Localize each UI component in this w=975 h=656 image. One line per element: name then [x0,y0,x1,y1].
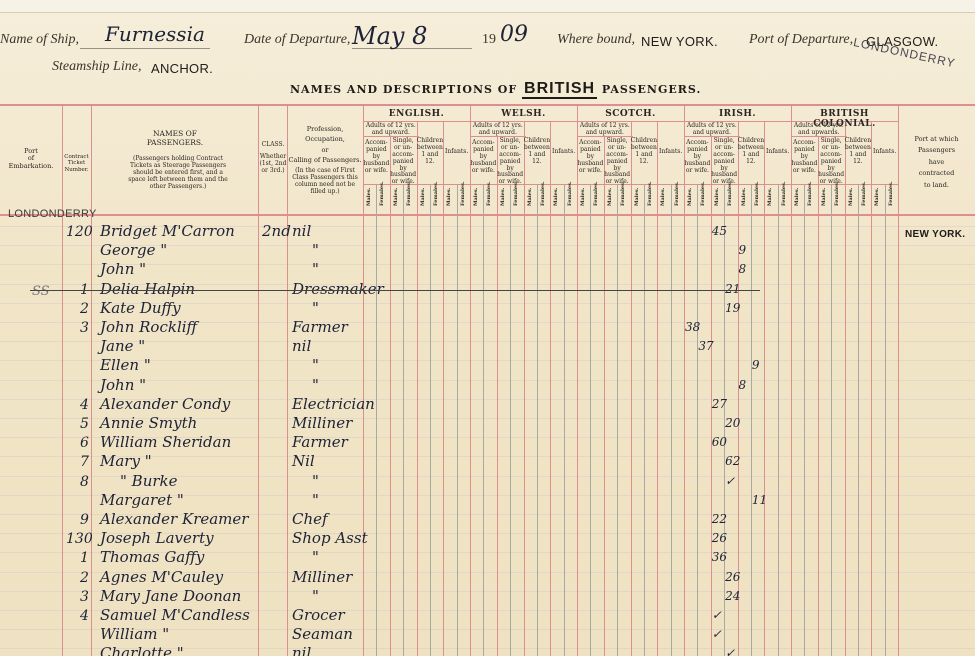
passenger-name: Mary " [100,452,152,470]
male-label: Males. [767,188,773,206]
passenger-age: 8 [739,262,747,276]
group-title: SCOTCH. [577,109,684,119]
ticket-number: 3 [80,320,89,336]
passenger-age: 45 [712,224,727,238]
table-row: 9Alexander KreamerChef22 [0,510,975,529]
header-line: Embarkation. [0,163,62,170]
profession-header: Profession, Occupation, or Calling of Pa… [287,124,363,166]
year-prefix: 19 [482,32,496,48]
single-header: Single, or un-accom-panied by husband or… [818,138,845,186]
children-header: Children between 1 and 12. [845,138,872,166]
ticket-number: 2 [80,570,89,586]
passenger-name: Margaret " [100,491,184,509]
passenger-name: Charlotte " [100,644,184,656]
passenger-age: 11 [752,493,767,507]
passenger-occupation: Electrician [292,395,375,413]
names-note: (Passengers holding Contract Tickets as … [128,156,228,190]
female-label: Females. [754,181,760,206]
passenger-name: Delia Halpin [100,280,195,298]
passenger-age: ✓ [712,608,722,622]
passenger-age: 60 [712,435,727,449]
table-row: Charlotte "nil✓ [0,644,975,656]
adults-header: Adults of 12 yrs. and upward. [470,123,526,137]
group-title: ENGLISH. [363,109,470,119]
male-label: Males. [794,188,800,206]
passenger-class: 2nd [262,222,291,240]
adults-header: Adults of 12 yrs. and upwards. [791,123,847,137]
female-label: Females. [807,181,813,206]
passenger-age: 26 [725,570,740,584]
male-label: Males. [714,188,720,206]
female-label: Females. [700,181,706,206]
ticket-number: 1 [80,550,89,566]
passenger-occupation: " [312,299,319,317]
passenger-name: Thomas Gaffy [100,548,204,566]
ticket-number-header: Contract Ticket Number. [62,154,91,173]
header-line: Profession, Occupation, [287,124,363,145]
passenger-name: Kate Duffy [100,299,181,317]
accompanied-header: Accom-panied by husband or wife. [470,140,497,174]
ticket-number: 130 [66,531,93,547]
header-line: Port at which [898,134,975,145]
male-label: Males. [660,188,666,206]
female-label: Females. [513,181,519,206]
table-row: Ellen ""9 [0,356,975,375]
female-label: Females. [861,181,867,206]
passenger-occupation: " [312,260,319,278]
male-label: Males. [821,188,827,206]
where-bound-value: NEW YORK. [641,34,718,49]
passenger-occupation: Shop Asst [292,529,368,547]
ticket-number: 5 [80,416,89,432]
passenger-occupation: Farmer [292,433,348,451]
header-line: PASSENGERS. [110,139,240,148]
ticket-number: 2 [80,301,89,317]
passenger-name: Annie Smyth [100,414,197,432]
departure-date: May 8 [352,22,427,50]
ticket-number: 9 [80,512,89,528]
accompanied-header: Accom-panied by husband or wife. [363,140,390,174]
table-row: Margaret ""11 [0,491,975,510]
class-note: Whether (1st, 2nd or 3rd.) [258,154,288,175]
passenger-age: 37 [698,339,713,353]
table-row: 130Joseph LavertyShop Asst26 [0,529,975,548]
children-header: Children between 1 and 12. [417,138,444,166]
male-label: Males. [446,188,452,206]
table-row: 1Delia HalpinDressmaker21 [0,280,975,299]
female-label: Females. [781,181,787,206]
passenger-age: 24 [725,589,740,603]
passenger-occupation: nil [292,222,311,240]
ticket-number: 6 [80,435,89,451]
table-row: 3Mary Jane Doonan"24 [0,587,975,606]
passenger-age: 27 [712,397,727,411]
ticket-number: 120 [66,224,93,240]
passenger-age: 21 [725,282,740,296]
passenger-occupation: " [312,491,319,509]
table-row: 120Bridget M'Carron2ndnil45 [0,222,975,241]
title-prefix: NAMES AND DESCRIPTIONS OF [290,83,517,96]
header-line: or [287,145,363,155]
female-label: Females. [727,181,733,206]
header-line: Number. [62,167,91,173]
accompanied-header: Accom-panied by husband or wife. [791,140,818,174]
male-label: Males. [634,188,640,206]
female-label: Females. [540,181,546,206]
passenger-occupation: " [312,356,319,374]
female-label: Females. [406,181,412,206]
adults-header: Adults of 12 yrs. and upward. [684,123,740,137]
table-row: William "Seaman✓ [0,625,975,644]
page-top-edge [0,0,975,13]
infants-header: Infants. [871,149,898,156]
passenger-occupation: Farmer [292,318,348,336]
adults-header: Adults of 12 yrs. and upward. [363,123,419,137]
passenger-manifest-page: Name of Ship, Furnessia Date of Departur… [0,0,975,656]
table-row: 2Kate Duffy"19 [0,299,975,318]
names-header: NAMES OF PASSENGERS. [110,130,240,147]
passenger-name: " Burke [120,472,178,490]
header-line: contracted [898,168,975,179]
table-row: John ""8 [0,376,975,395]
infants-header: Infants. [764,149,791,156]
infants-header: Infants. [657,149,684,156]
table-row: 2Agnes M'CauleyMilliner26 [0,568,975,587]
passenger-occupation: Nil [292,452,315,470]
male-label: Males. [473,188,479,206]
profession-note: (In the case of First Class Passengers t… [292,168,358,196]
female-label: Females. [620,181,626,206]
group-title: IRISH. [684,109,791,119]
female-label: Females. [379,181,385,206]
accompanied-header: Accom-panied by husband or wife. [684,140,711,174]
ship-name: Furnessia [105,22,205,46]
ticket-number: 8 [80,474,89,490]
female-label: Females. [834,181,840,206]
ticket-number: 7 [80,454,89,470]
passenger-age: 38 [685,320,700,334]
infants-header: Infants. [443,149,470,156]
passenger-age: ✓ [712,627,722,641]
ship-name-label: Name of Ship, [0,32,79,48]
passenger-name: John " [100,376,146,394]
single-header: Single, or un-accom-panied by husband or… [497,138,524,186]
ship-name-underline [80,48,210,49]
passenger-name: Joseph Laverty [100,529,214,547]
passenger-occupation: " [312,548,319,566]
passenger-age: 9 [739,243,747,257]
ticket-number: 4 [80,397,89,413]
male-label: Males. [553,188,559,206]
passenger-occupation: Dressmaker [292,280,384,298]
passenger-name: John " [100,260,146,278]
table-row: George ""9 [0,241,975,260]
passenger-name: George " [100,241,167,259]
table-row: 1Thomas Gaffy"36 [0,548,975,567]
table-row: 7Mary "Nil62 [0,452,975,471]
table-row: John ""8 [0,260,975,279]
table-row: 8" Burke"✓ [0,472,975,491]
passenger-occupation: nil [292,644,311,656]
passenger-age: 19 [725,301,740,315]
female-label: Females. [647,181,653,206]
adults-header: Adults of 12 yrs. and upward. [577,123,633,137]
passenger-occupation: " [312,241,319,259]
header-line: have [898,157,975,168]
strike-through-line [30,290,760,291]
table-row: 4Alexander CondyElectrician27 [0,395,975,414]
passenger-age: 36 [712,550,727,564]
header-top-border [0,104,975,106]
female-label: Females. [593,181,599,206]
female-label: Females. [460,181,466,206]
male-label: Males. [393,188,399,206]
passenger-age: ✓ [725,474,735,488]
port-departure-label: Port of Departure, [749,32,853,48]
steamship-line-label: Steamship Line, [52,59,141,75]
male-label: Males. [741,188,747,206]
male-label: Males. [607,188,613,206]
date-label: Date of Departure, [244,32,350,48]
header-line: to land. [898,180,975,191]
children-header: Children between 1 and 12. [738,138,765,166]
header-bottom-border [0,214,975,216]
table-row: 6William SheridanFarmer60 [0,433,975,452]
passenger-occupation: Chef [292,510,328,528]
ticket-number: 3 [80,589,89,605]
male-label: Males. [500,188,506,206]
male-label: Males. [527,188,533,206]
title-suffix: PASSENGERS. [602,83,701,96]
class-header: CLASS. [258,142,288,149]
male-label: Males. [687,188,693,206]
passenger-name: Agnes M'Cauley [100,568,223,586]
passenger-name: Alexander Kreamer [100,510,248,528]
passenger-occupation: nil [292,337,311,355]
port-embarkation-header: Port of Embarkation. [0,148,62,170]
table-row: Jane "nil37 [0,337,975,356]
passenger-age: 22 [712,512,727,526]
ticket-number: 4 [80,608,89,624]
passenger-name: John Rockliff [100,318,197,336]
passenger-name: Jane " [100,337,145,355]
year-suffix: 09 [500,22,528,47]
female-label: Females. [433,181,439,206]
female-label: Females. [486,181,492,206]
infants-header: Infants. [550,149,577,156]
single-header: Single, or un-accom-panied by husband or… [711,138,738,186]
male-label: Males. [874,188,880,206]
passenger-name: Ellen " [100,356,151,374]
passenger-name: William " [100,625,169,643]
group-title: WELSH. [470,109,577,119]
passenger-age: 9 [752,358,760,372]
page-title: NAMES AND DESCRIPTIONS OF BRITISH PASSEN… [290,80,701,98]
where-bound-label: Where bound, [557,32,635,48]
children-header: Children between 1 and 12. [524,138,551,166]
port-landing-header: Port at which Passengers have contracted… [898,134,975,191]
male-label: Males. [366,188,372,206]
single-header: Single, or un-accom-panied by husband or… [604,138,631,186]
steamship-line-value: ANCHOR. [151,61,213,76]
table-row: 4Samuel M'CandlessGrocer✓ [0,606,975,625]
header-line: Calling of Passengers. [287,155,363,165]
passenger-name: Alexander Condy [100,395,230,413]
embarkation-port: LONDONDERRY [8,208,97,220]
male-label: Males. [580,188,586,206]
passenger-age: 26 [712,531,727,545]
children-header: Children between 1 and 12. [631,138,658,166]
table-row: 5Annie SmythMilliner20 [0,414,975,433]
female-label: Females. [888,181,894,206]
passenger-occupation: Grocer [292,606,345,624]
passenger-age: 8 [739,378,747,392]
passenger-occupation: Milliner [292,414,352,432]
passenger-name: William Sheridan [100,433,231,451]
table-row: 3John RockliffFarmer38 [0,318,975,337]
header-line: Passengers [898,145,975,156]
passenger-age: ✓ [725,646,735,656]
single-header: Single, or un-accom-panied by husband or… [390,138,417,186]
passenger-age: 20 [725,416,740,430]
accompanied-header: Accom-panied by husband or wife. [577,140,604,174]
male-label: Males. [848,188,854,206]
passenger-occupation: " [312,472,319,490]
passenger-occupation: " [312,376,319,394]
passenger-occupation: Milliner [292,568,352,586]
passenger-occupation: Seaman [292,625,353,643]
title-nationality: BRITISH [522,80,597,99]
female-label: Females. [674,181,680,206]
passenger-name: Mary Jane Doonan [100,587,241,605]
male-label: Males. [420,188,426,206]
female-label: Females. [567,181,573,206]
passenger-age: 62 [725,454,740,468]
passenger-name: Bridget M'Carron [100,222,235,240]
passenger-occupation: " [312,587,319,605]
passenger-name: Samuel M'Candless [100,606,250,624]
